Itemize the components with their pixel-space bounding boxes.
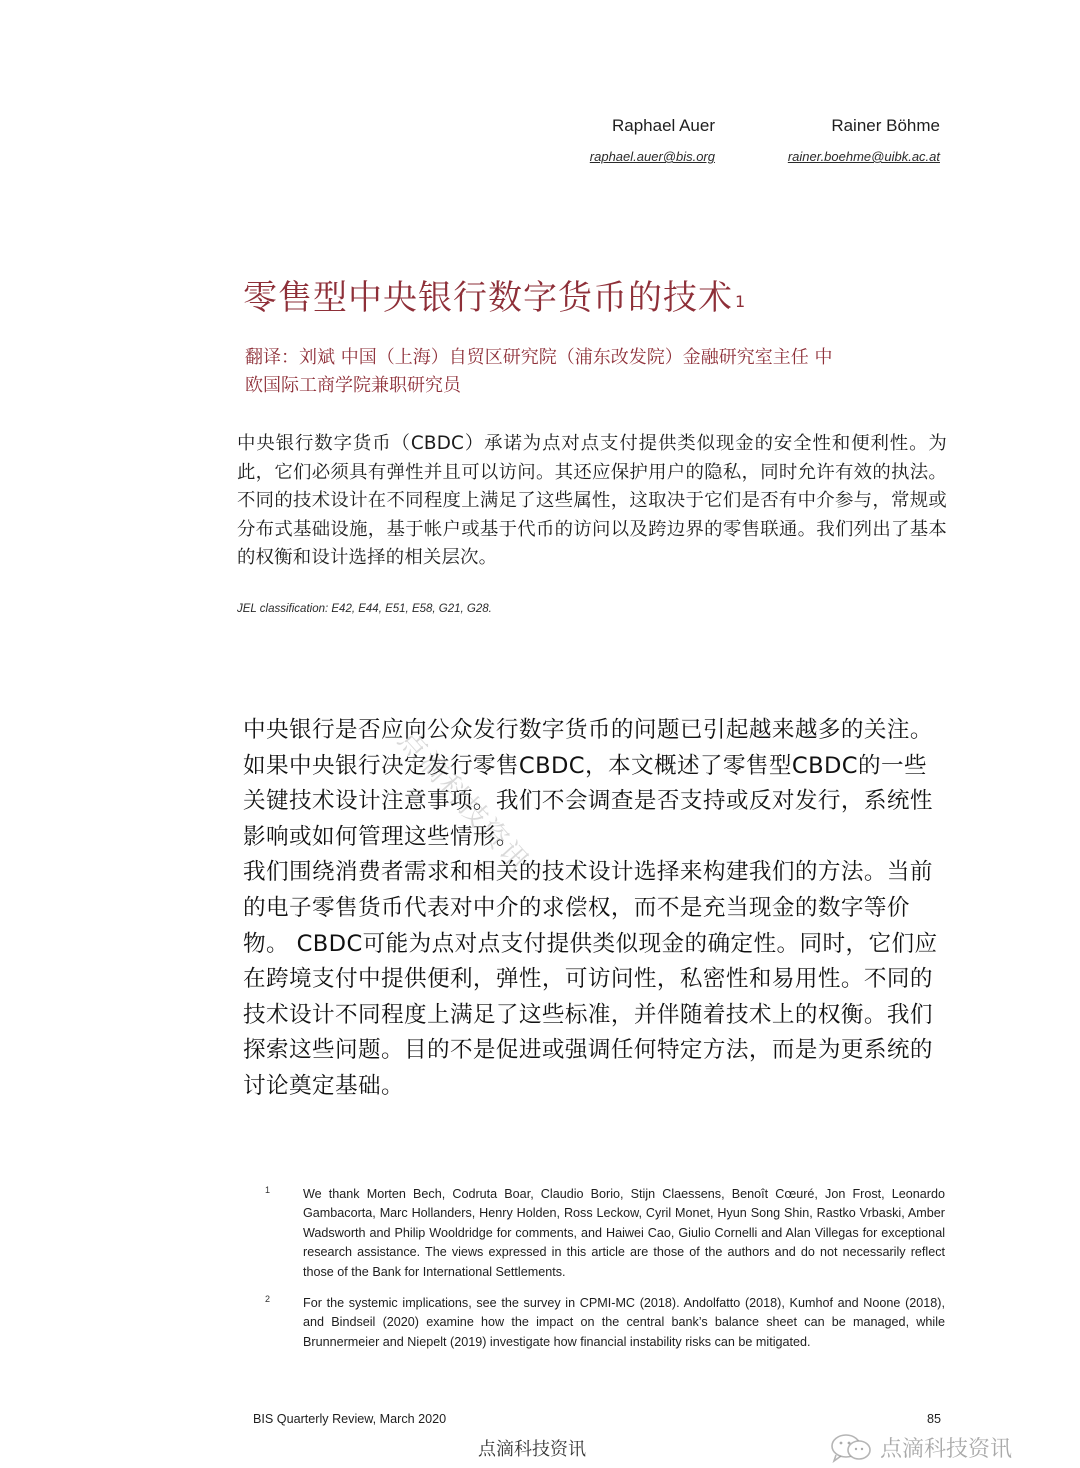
body-text: 中央银行是否应向公众发行数字货币的问题已引起越来越多的关注。如果中央银行决定发行… [243, 713, 948, 1105]
footer-brand: 点滴科技资讯 [478, 1435, 586, 1461]
abstract: 中央银行数字货币（CBDC）承诺为点对点支付提供类似现金的安全性和便利性。为此，… [237, 430, 947, 573]
footnote-number: 1 [265, 1181, 270, 1200]
author-block-boehme: Rainer Böhme rainer.boehme@uibk.ac.at [788, 115, 940, 165]
author-name: Raphael Auer [590, 115, 715, 137]
document-page: Raphael Auer raphael.auer@bis.org Rainer… [0, 0, 1080, 1468]
author-name: Rainer Böhme [788, 115, 940, 137]
wechat-account-name: 点滴科技资讯 [880, 1432, 1012, 1463]
body-paragraph: 我们围绕消费者需求和相关的技术设计选择来构建我们的方法。当前的电子零售货币代表对… [243, 855, 948, 1104]
footnote-text: For the systemic implications, see the s… [303, 1294, 945, 1352]
author-email-link[interactable]: rainer.boehme@uibk.ac.at [788, 149, 940, 165]
footnote-text: We thank Morten Bech, Codruta Boar, Clau… [303, 1185, 945, 1282]
author-block-auer: Raphael Auer raphael.auer@bis.org [590, 115, 715, 165]
article-title: 零售型中央银行数字货币的技术1 [243, 276, 746, 320]
footnote: 1 We thank Morten Bech, Codruta Boar, Cl… [265, 1185, 945, 1282]
footer-publication: BIS Quarterly Review, March 2020 [253, 1412, 446, 1426]
wechat-watermark: 点滴科技资讯 [830, 1432, 1012, 1463]
author-email-link[interactable]: raphael.auer@bis.org [590, 149, 715, 165]
article-title-text: 零售型中央银行数字货币的技术 [243, 278, 733, 318]
jel-classification: JEL classification: E42, E44, E51, E58, … [237, 603, 492, 615]
body-paragraph: 中央银行是否应向公众发行数字货币的问题已引起越来越多的关注。如果中央银行决定发行… [243, 713, 948, 855]
translator-credit: 翻译：刘斌 中国（上海）自贸区研究院（浦东改发院）金融研究室主任 中欧国际工商学… [245, 344, 845, 400]
footnote-number: 2 [265, 1290, 270, 1309]
footnote: 2 For the systemic implications, see the… [265, 1294, 945, 1352]
footnote-marker[interactable]: 1 [735, 292, 746, 311]
page-number: 85 [927, 1412, 941, 1426]
wechat-icon [830, 1433, 874, 1463]
